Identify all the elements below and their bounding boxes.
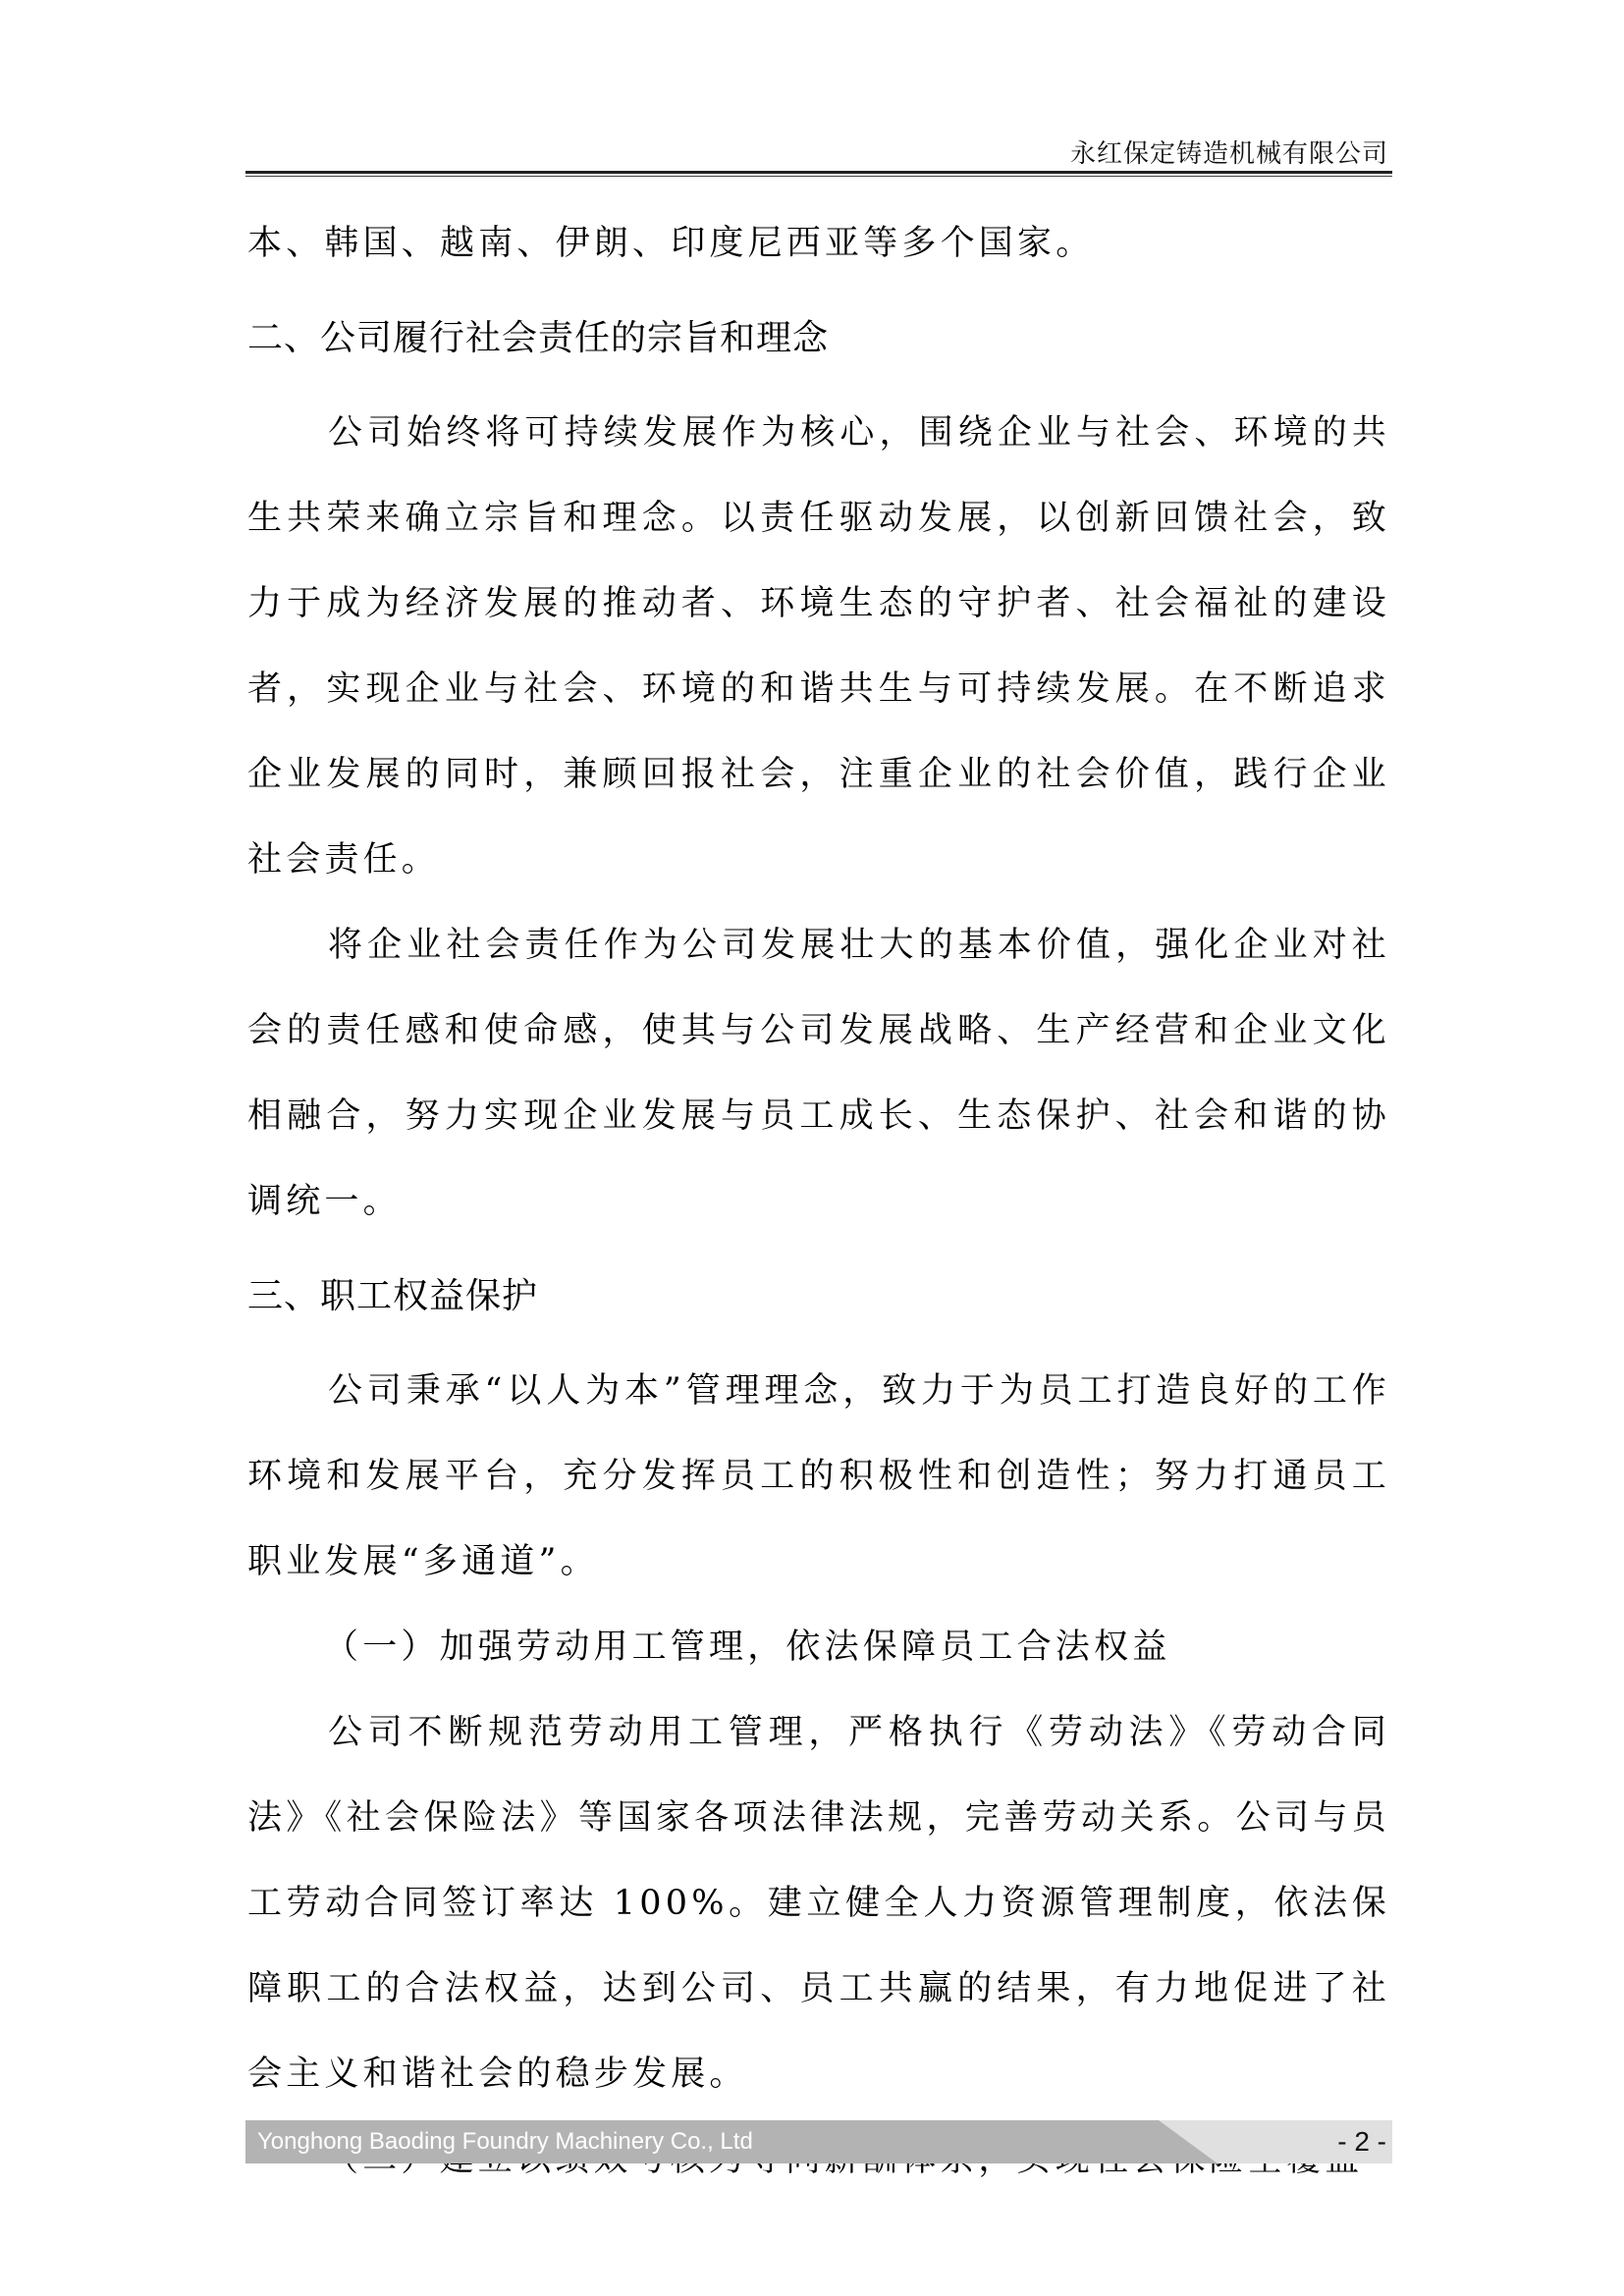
header-rule-thin [245,176,1392,177]
paragraph: 公司不断规范劳动用工管理，严格执行《劳动法》《劳动合同法》《社会保险法》等国家各… [247,1690,1390,2117]
paragraph-continued: 本、韩国、越南、伊朗、印度尼西亚等多个国家。 [247,201,1390,287]
paragraph: 公司始终将可持续发展作为核心，围绕企业与社会、环境的共生共荣来确立宗旨和理念。以… [247,391,1390,903]
footer-company-name: Yonghong Baoding Foundry Machinery Co., … [257,2128,753,2156]
page-footer: Yonghong Baoding Foundry Machinery Co., … [245,2120,1392,2163]
section-heading-3: 三、职工权益保护 [247,1245,1390,1349]
header-rule [245,171,1392,174]
subsection-heading-1: （一）加强劳动用工管理，依法保障员工合法权益 [247,1605,1390,1690]
page-content: 本、韩国、越南、伊朗、印度尼西亚等多个国家。 二、公司履行社会责任的宗旨和理念 … [247,201,1390,2203]
page-number: - 2 - [1337,2126,1386,2158]
header-company-name: 永红保定铸造机械有限公司 [1070,133,1388,170]
paragraph: 将企业社会责任作为公司发展壮大的基本价值，强化企业对社会的责任感和使命感，使其与… [247,903,1390,1245]
paragraph: 公司秉承“以人为本”管理理念，致力于为员工打造良好的工作环境和发展平台，充分发挥… [247,1349,1390,1605]
section-heading-2: 二、公司履行社会责任的宗旨和理念 [247,287,1390,391]
page-header: 永红保定铸造机械有限公司 [245,118,1392,177]
